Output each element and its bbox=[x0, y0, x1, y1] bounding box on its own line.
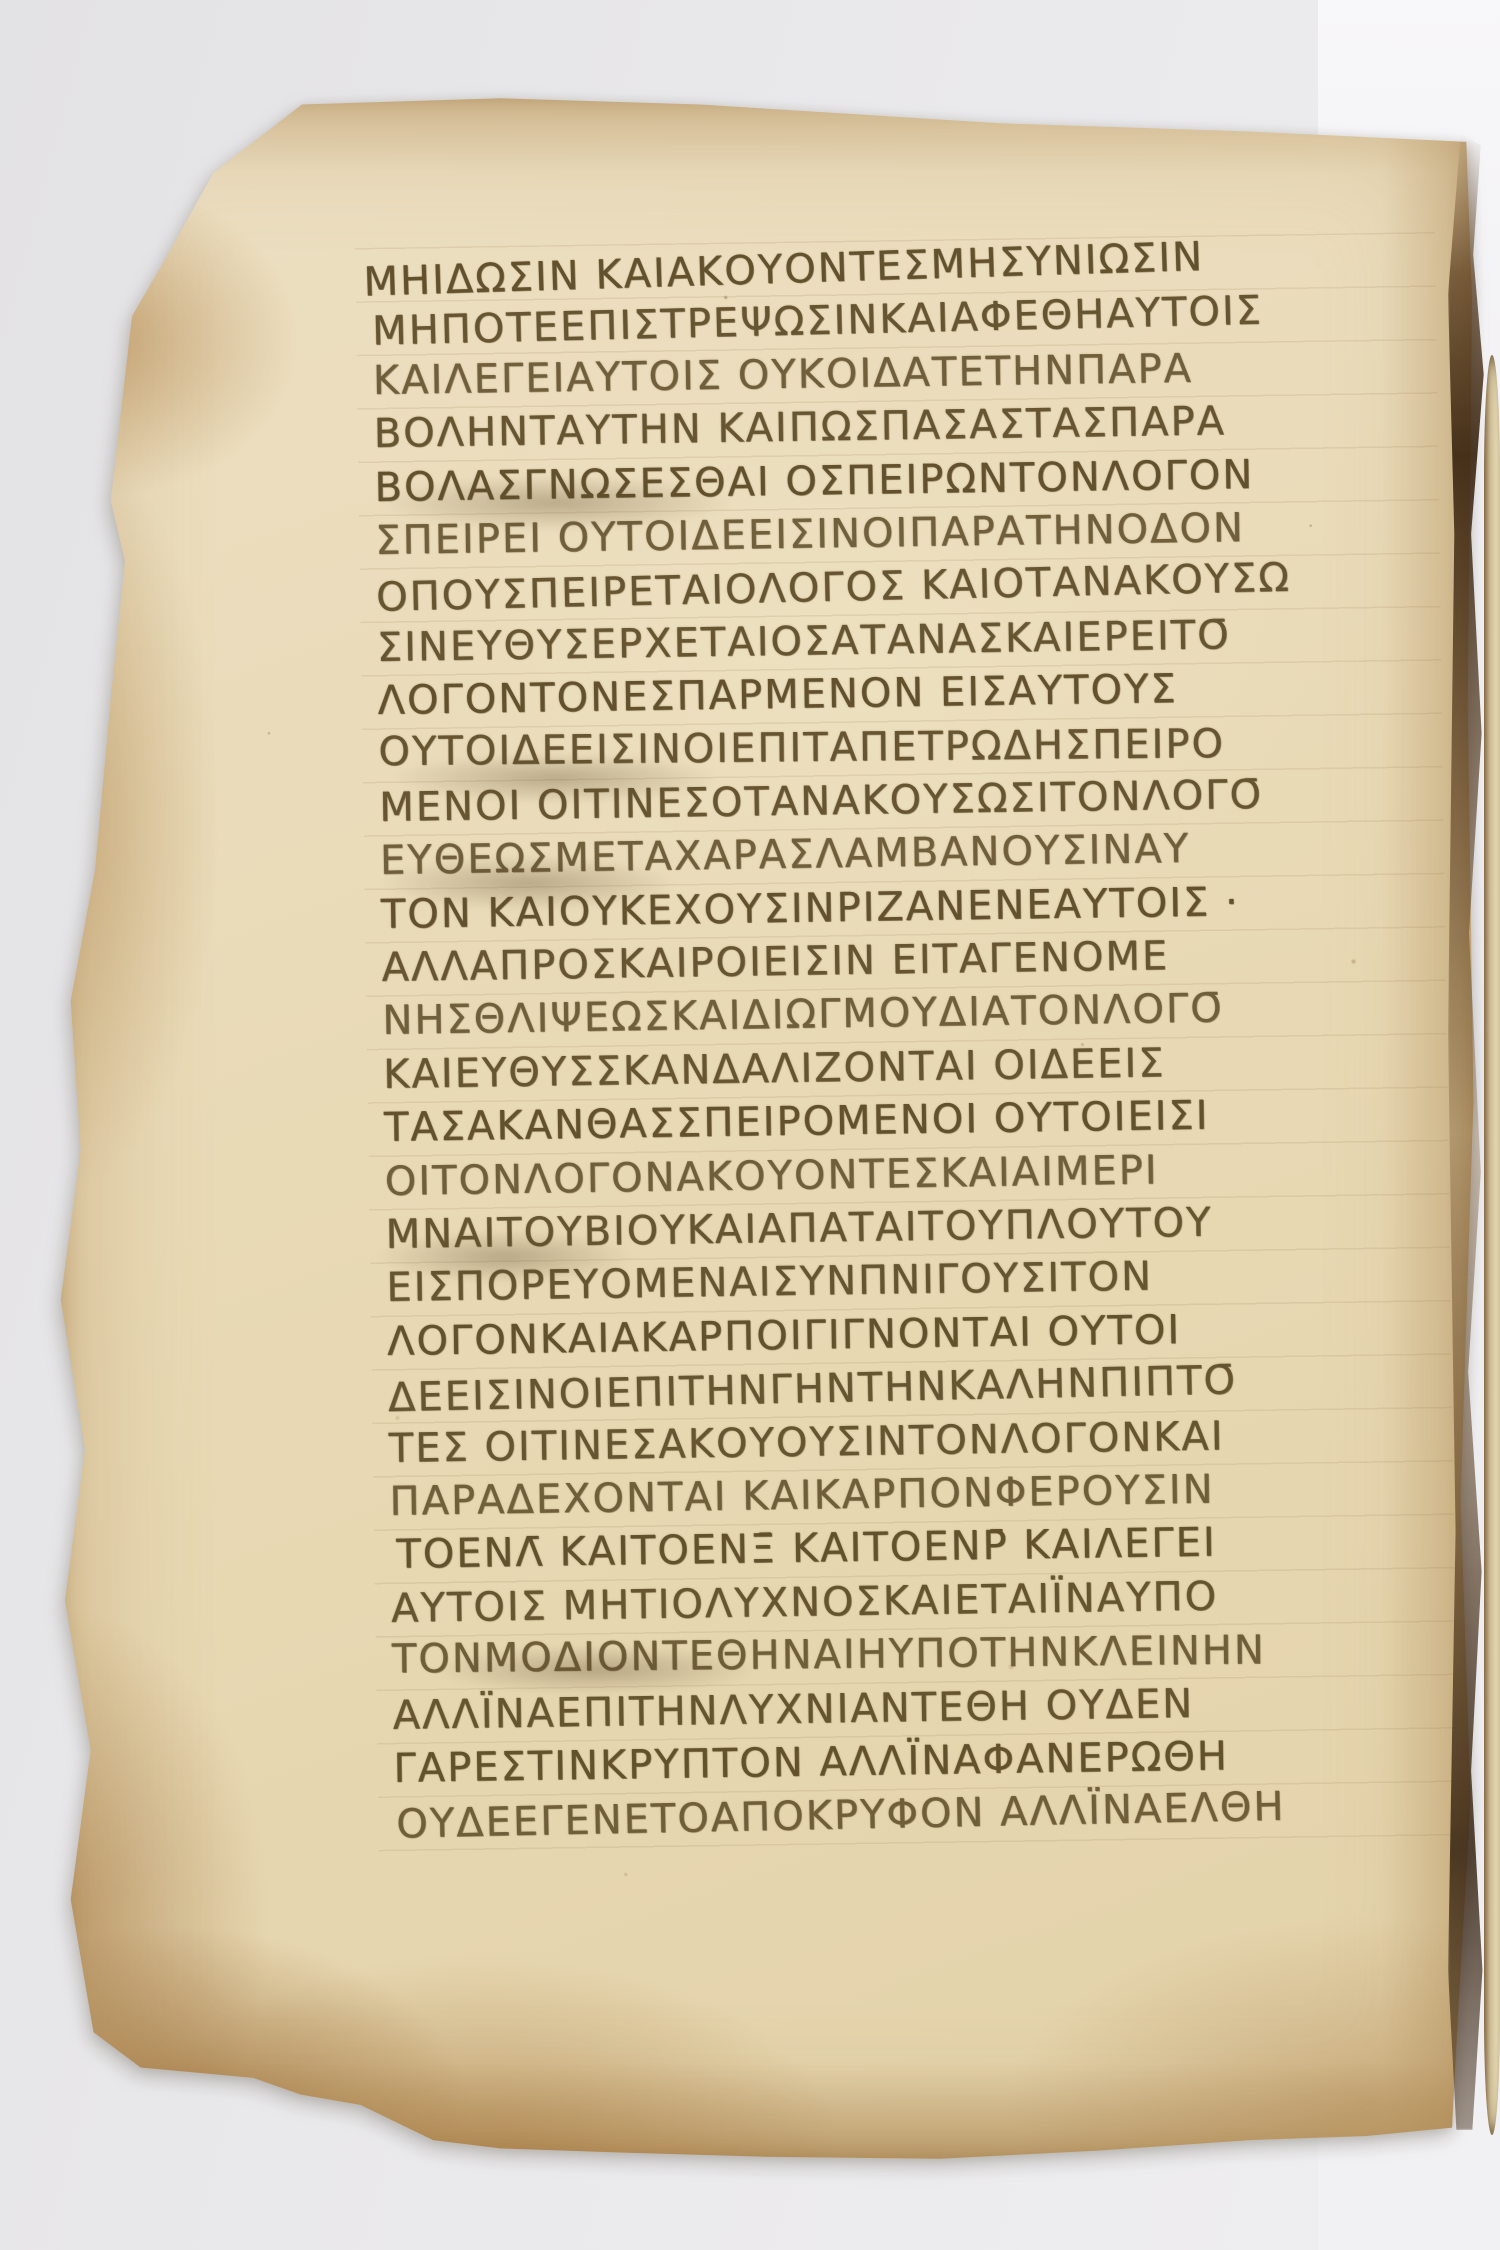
manuscript-page: ΜΗΙΔΩΣΙΝ ΚΑΙΑΚΟΥΟΝΤΕΣΜΗΣΥΝΙΩΣΙΝ ΜΗΠΟΤΕΕΠ… bbox=[55, 90, 1482, 2165]
adjacent-page-edge bbox=[1484, 355, 1500, 2135]
manuscript-page-wrapper: ΜΗΙΔΩΣΙΝ ΚΑΙΑΚΟΥΟΝΤΕΣΜΗΣΥΝΙΩΣΙΝ ΜΗΠΟΤΕΕΠ… bbox=[55, 90, 1482, 2165]
ink-smudge bbox=[375, 1230, 635, 1284]
ink-smudge bbox=[378, 855, 678, 911]
ink-smudge bbox=[375, 475, 735, 531]
photo-background: ΜΗΙΔΩΣΙΝ ΚΑΙΑΚΟΥΟΝΤΕΣΜΗΣΥΝΙΩΣΙΝ ΜΗΠΟΤΕΕΠ… bbox=[0, 0, 1500, 2250]
ink-smudge bbox=[390, 752, 720, 804]
ink-smudge bbox=[430, 1645, 760, 1695]
